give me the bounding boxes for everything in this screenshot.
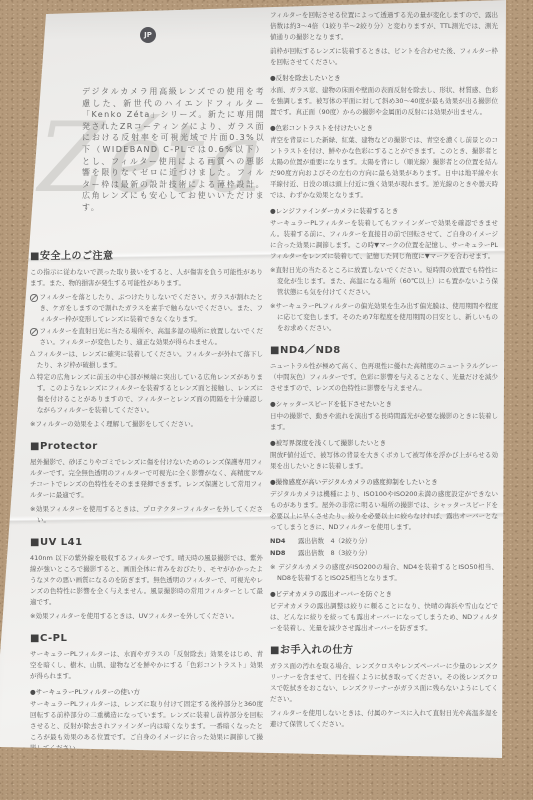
caution-icon <box>30 349 35 371</box>
note: ※効果フィルターを使用するときは、プロテクターフィルターを外してください。 <box>30 504 263 526</box>
paragraph: フィルターを使用しないときは、付属のケースに入れて直射日光や高温多湿を避けて保管… <box>270 708 498 730</box>
paragraph: 水面、ガラス窓、建物の床面や壁面の表面反射を除去し、形状、材質感、色彩を強調しま… <box>270 85 498 118</box>
caution-icon <box>30 372 35 416</box>
nd-spec-row: ND8露出倍数 8（3絞り分） <box>270 548 498 559</box>
safety-item-text: フィルターは、レンズに確実に装着してください。フィルターが外れて落下したり、ネジ… <box>37 349 263 371</box>
subsection-heading: ●サーキュラーPLフィルターの使い方 <box>30 687 263 698</box>
paragraph: 開放F値付近で、被写体の背景を大きくボカして被写体を浮かび上がらせる効果を出した… <box>270 450 498 472</box>
safety-item-text: フィルターを直射日光に当たる場所や、高温多湿の場所に放置しないでください。フィル… <box>40 326 264 348</box>
nd-label: ND4 <box>270 536 290 547</box>
paragraph: 青空を背景にした新緑、紅葉、建物などの撮影では、青空を濃くし前景とのコントラスト… <box>270 135 498 201</box>
nd-value: 露出倍数 4（2絞り分） <box>298 536 371 547</box>
safety-item: フィルターを落としたり、ぶつけたりしないでください。ガラスが割れたとき、ケガをし… <box>30 292 263 325</box>
subsection-heading: ●撮像感度が高いデジタルカメラの感度抑制をしたいとき <box>270 477 498 488</box>
right-column: フィルターを回転させる位置によって透過する光の量が変化しますので、露出倍数は約3… <box>270 10 498 733</box>
note: ※ デジタルカメラの感度がISO200の場合、ND4を装着するとISO50相当、… <box>270 562 498 584</box>
intro-paragraph: デジタルカメラ用高級レンズでの使用を考慮した、新世代のハイエンドフィルター「Ke… <box>82 86 265 214</box>
paragraph: 前枠が回転するレンズに装着するときは、ピントを合わせた後、フィルター枠を回転させ… <box>270 46 498 68</box>
note: ※効果フィルターを使用するときは、UVフィルターを外してください。 <box>30 611 263 622</box>
subsection-heading: ●反射を除去したいとき <box>270 73 498 84</box>
paragraph: 410nm 以下の紫外線を吸収するフィルターです。晴天時の風景撮影では、紫外線が… <box>30 553 263 608</box>
section-heading: ■Protector <box>30 440 263 453</box>
subsection-heading: ●色彩コントラストを付けたいとき <box>270 123 498 134</box>
paragraph: 日中の撮影で、動きや流れを演出する長時間露光が必要な撮影のときに装着します。 <box>270 411 498 433</box>
paragraph: サーキュラーPLフィルターは、レンズに取り付けて固定する後枠部分と360度回転す… <box>30 699 263 754</box>
section-heading: ■お手入れの仕方 <box>270 644 498 657</box>
section-heading: ■安全上のご注意 <box>30 250 263 263</box>
instruction-leaflet: JP Zéta デジタルカメラ用高級レンズでの使用を考慮した、新世代のハイエンド… <box>0 0 533 800</box>
paragraph: フィルターを回転させる位置によって透過する光の量が変化しますので、露出倍数は約3… <box>270 10 498 43</box>
paragraph: ビデオカメラの露出調整は絞りに頼ることになり、快晴の海浜や雪山などでは、どんなに… <box>270 601 498 634</box>
paragraph: デジタルカメラは機種により、ISO100やISO200未満の感度設定ができないも… <box>270 489 498 533</box>
paragraph: この指示に従わないで誤った取り扱いをすると、人が傷害を負う可能性があります。また… <box>30 267 263 289</box>
jp-badge: JP <box>140 27 156 43</box>
note: ※直射日光の当たるところに放置しないでください。短時間の放置でも特性に変化が生じ… <box>270 265 498 298</box>
subsection-heading: ●シャッタースピードを低下させたいとき <box>270 399 498 410</box>
nd-spec-row: ND4露出倍数 4（2絞り分） <box>270 536 498 547</box>
note: ※サーキュラーPLフィルターの偏光効果を生み出す偏光膜は、使用期間や程度に応じて… <box>270 301 498 334</box>
section-heading: ■C-PL <box>30 632 263 645</box>
safety-item-text: フィルターを落としたり、ぶつけたりしないでください。ガラスが割れたとき、ケガをし… <box>40 292 264 325</box>
paragraph: サーキュラーPLフィルターは、水面やガラスの「反射除去」効果をはじめ、青空を暗く… <box>30 649 263 682</box>
section-heading: ■ND4／ND8 <box>270 344 498 357</box>
prohibition-icon <box>30 328 38 336</box>
leaflet-content: JP Zéta デジタルカメラ用高級レンズでの使用を考慮した、新世代のハイエンド… <box>0 0 533 800</box>
section-heading: ■UV L41 <box>30 536 263 549</box>
prohibition-icon <box>30 294 38 302</box>
subsection-heading: ●被写界深度を浅くして撮影したいとき <box>270 438 498 449</box>
photo-canvas: JP Zéta デジタルカメラ用高級レンズでの使用を考慮した、新世代のハイエンド… <box>0 0 533 800</box>
left-column: ■安全上のご注意この指示に従わないで誤った取り扱いをすると、人が傷害を負う可能性… <box>30 250 263 757</box>
nd-value: 露出倍数 8（3絞り分） <box>298 548 371 559</box>
safety-item: フィルターを直射日光に当たる場所や、高温多湿の場所に放置しないでください。フィル… <box>30 326 263 348</box>
safety-item-text: 特定の広角レンズに前玉の中心部が極端に突出している広角レンズがあります。このよう… <box>37 372 263 416</box>
nd-label: ND8 <box>270 548 290 559</box>
paragraph: ガラス面の汚れを取る場合、レンズクロスやレンズペーパーに少量のレンズクリーナーを… <box>270 661 498 705</box>
safety-item: 特定の広角レンズに前玉の中心部が極端に突出している広角レンズがあります。このよう… <box>30 372 263 416</box>
safety-item: フィルターは、レンズに確実に装着してください。フィルターが外れて落下したり、ネジ… <box>30 349 263 371</box>
note: ※フィルターの効果をよく理解して撮影をしてください。 <box>30 419 263 430</box>
paragraph: ニュートラル性が極めて高く、色再現性に優れた高精度のニュートラルグレー（中間灰色… <box>270 361 498 394</box>
subsection-heading: ●レンジファインダーカメラに装着するとき <box>270 206 498 217</box>
subsection-heading: ●ビデオカメラの露出オーバーを防ぐとき <box>270 589 498 600</box>
paragraph: サーキュラーPLフィルターを装着してもファインダーで効果を確認できません。装着す… <box>270 218 498 262</box>
paragraph: 屋外撮影で、砂ぼこりやゴミでレンズに傷を付けないためのレンズ保護専用フィルターで… <box>30 457 263 501</box>
